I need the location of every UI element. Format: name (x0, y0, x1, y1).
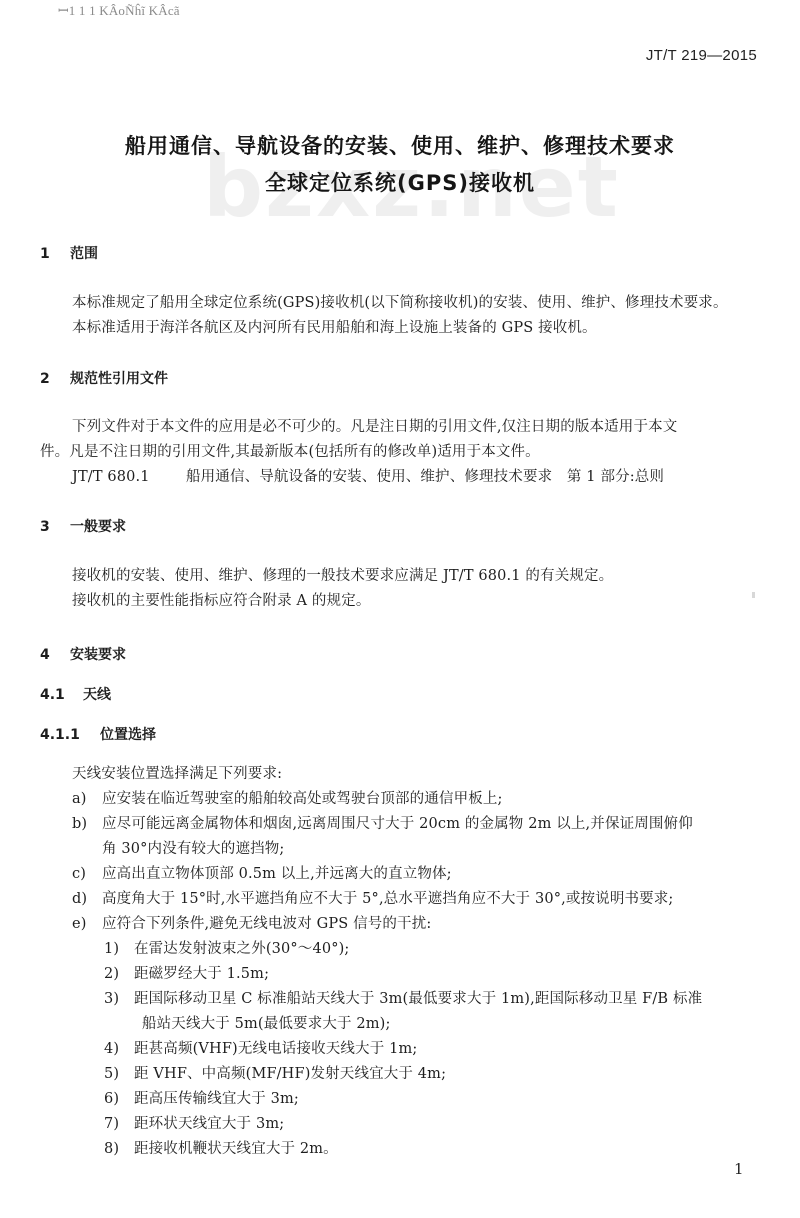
sublist-label: 7) (104, 1116, 134, 1132)
list-item: c)应高出直立物体顶部 0.5m 以上,并远离大的直立物体; (72, 862, 452, 883)
document-title-line2: 全球定位系统(GPS)接收机 (0, 167, 800, 197)
subsection-4-1-heading: 4.1天线 (40, 684, 111, 704)
list-label: d) (72, 891, 102, 907)
sublist-item-continued: 船站天线大于 5m(最低要求大于 2m); (142, 1012, 391, 1033)
paragraph: 接收机的主要性能指标应符合附录 A 的规定。 (72, 589, 371, 610)
section-number: 2 (40, 371, 70, 387)
paragraph: 下列文件对于本文件的应用是必不可少的。凡是注日期的引用文件,仅注日期的版本适用于… (72, 415, 677, 436)
list-text: 应尽可能远离金属物体和烟囱,远离周围尺寸大于 20cm 的金属物 2m 以上,并… (102, 816, 693, 832)
section-2-heading: 2规范性引用文件 (40, 368, 168, 388)
sublist-label: 3) (104, 991, 134, 1007)
sublist-text: 距高压传输线宜大于 3m; (134, 1091, 299, 1107)
list-item: a)应安装在临近驾驶室的船舶较高处或驾驶台顶部的通信甲板上; (72, 787, 503, 808)
list-item: e)应符合下列条件,避免无线电波对 GPS 信号的干扰: (72, 912, 431, 933)
page-number: 1 (734, 1160, 744, 1178)
list-item-continued: 角 30°内没有较大的遮挡物; (102, 837, 284, 858)
list-text: 应安装在临近驾驶室的船舶较高处或驾驶台顶部的通信甲板上; (102, 791, 503, 807)
list-label: a) (72, 791, 102, 807)
scan-artifact (752, 592, 755, 598)
standard-number: JT/T 219—2015 (646, 47, 757, 64)
section-number: 3 (40, 519, 70, 535)
sublist-label: 8) (104, 1141, 134, 1157)
section-number: 4.1.1 (40, 727, 100, 743)
paragraph-continued: 件。凡是不注日期的引用文件,其最新版本(包括所有的修改单)适用于本文件。 (40, 440, 540, 461)
section-1-heading: 1范围 (40, 243, 98, 263)
sublist-text: 距环状天线宜大于 3m; (134, 1116, 284, 1132)
subsection-4-1-1-heading: 4.1.1位置选择 (40, 724, 156, 744)
list-item: d)高度角大于 15°时,水平遮挡角应不大于 5°,总水平遮挡角应不大于 30°… (72, 887, 673, 908)
sublist-label: 2) (104, 966, 134, 982)
sublist-item: 3)距国际移动卫星 C 标准船站天线大于 3m(最低要求大于 1m),距国际移动… (104, 987, 702, 1008)
sublist-text: 距 VHF、中高频(MF/HF)发射天线宜大于 4m; (134, 1066, 446, 1082)
sublist-item: 7)距环状天线宜大于 3m; (104, 1112, 284, 1133)
section-4-heading: 4安装要求 (40, 644, 126, 664)
section-title: 天线 (83, 687, 111, 703)
section-title: 位置选择 (100, 727, 156, 743)
sublist-item: 1)在雷达发射波束之外(30°～40°); (104, 937, 349, 958)
paragraph: 本标准适用于海洋各航区及内河所有民用船舶和海上设施上装备的 GPS 接收机。 (72, 316, 597, 337)
list-intro: 天线安装位置选择满足下列要求: (72, 762, 282, 783)
section-title: 范围 (70, 246, 98, 262)
reference-title: 船用通信、导航设备的安装、使用、维护、修理技术要求 第 1 部分:总则 (186, 469, 664, 485)
section-title: 规范性引用文件 (70, 371, 168, 387)
section-3-heading: 3一般要求 (40, 516, 126, 536)
sublist-text: 在雷达发射波束之外(30°～40°); (134, 941, 349, 957)
sublist-label: 6) (104, 1091, 134, 1107)
list-label: c) (72, 866, 102, 882)
document-title-line1: 船用通信、导航设备的安装、使用、维护、修理技术要求 (0, 130, 800, 160)
section-title: 一般要求 (70, 519, 126, 535)
sublist-label: 5) (104, 1066, 134, 1082)
sublist-item: 8)距接收机鞭状天线宜大于 2m。 (104, 1137, 338, 1158)
sublist-label: 4) (104, 1041, 134, 1057)
paragraph: 本标准规定了船用全球定位系统(GPS)接收机(以下简称接收机)的安装、使用、维护… (72, 291, 728, 312)
sublist-label: 1) (104, 941, 134, 957)
list-label: e) (72, 916, 102, 932)
sublist-item: 4)距甚高频(VHF)无线电话接收天线大于 1m; (104, 1037, 417, 1058)
sublist-item: 2)距磁罗经大于 1.5m; (104, 962, 269, 983)
sublist-text: 距磁罗经大于 1.5m; (134, 966, 269, 982)
list-item: b)应尽可能远离金属物体和烟囱,远离周围尺寸大于 20cm 的金属物 2m 以上… (72, 812, 693, 833)
sublist-text: 距接收机鞭状天线宜大于 2m。 (134, 1141, 338, 1157)
list-text: 高度角大于 15°时,水平遮挡角应不大于 5°,总水平遮挡角应不大于 30°,或… (102, 891, 673, 907)
list-text: 应高出直立物体顶部 0.5m 以上,并远离大的直立物体; (102, 866, 452, 882)
list-text: 应符合下列条件,避免无线电波对 GPS 信号的干扰: (102, 916, 431, 932)
list-label: b) (72, 816, 102, 832)
section-number: 4.1 (40, 687, 83, 703)
reference-entry: JT/T 680.1船用通信、导航设备的安装、使用、维护、修理技术要求 第 1 … (72, 465, 664, 486)
section-number: 1 (40, 246, 70, 262)
paragraph: 接收机的安装、使用、维护、修理的一般技术要求应满足 JT/T 680.1 的有关… (72, 564, 613, 585)
sublist-item: 5)距 VHF、中高频(MF/HF)发射天线宜大于 4m; (104, 1062, 446, 1083)
section-number: 4 (40, 647, 70, 663)
section-title: 安装要求 (70, 647, 126, 663)
sublist-item: 6)距高压传输线宜大于 3m; (104, 1087, 299, 1108)
sublist-text: 距甚高频(VHF)无线电话接收天线大于 1m; (134, 1041, 417, 1057)
reference-code: JT/T 680.1 (72, 469, 186, 485)
header-garbled-text: ꟷ1 1 1 KÂoÑĥĩ KÂcã (58, 1, 180, 19)
sublist-text: 距国际移动卫星 C 标准船站天线大于 3m(最低要求大于 1m),距国际移动卫星… (134, 991, 702, 1007)
